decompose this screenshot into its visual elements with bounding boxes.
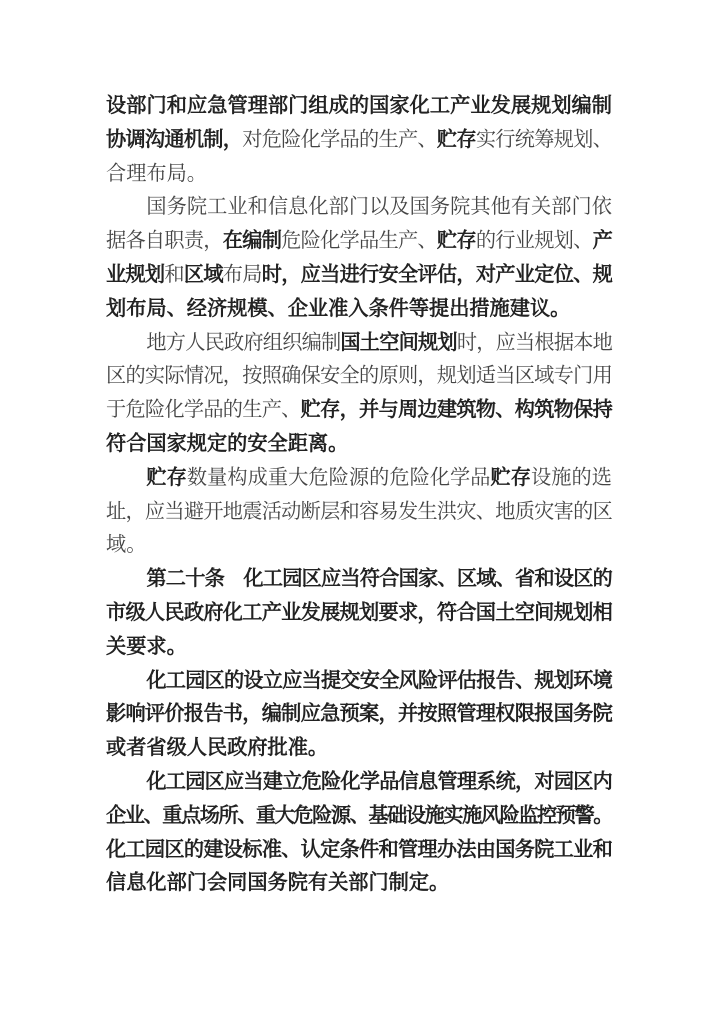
text-run-bold: 信息化部门会同国务院有关部门制定。	[106, 872, 449, 894]
text-run: 于危险化学品的生产、	[106, 399, 301, 421]
text-line: 于危险化学品的生产、贮存，并与周边建筑物、构筑物保持	[106, 394, 612, 428]
text-run: 数量构成重大危险源的危险化学品	[187, 467, 491, 489]
text-run-bold: 业规划	[106, 264, 164, 286]
text-run: 的行业规划、	[476, 230, 593, 252]
text-run: 域。	[106, 534, 146, 556]
text-run: 时，应当根据本地	[457, 332, 612, 354]
text-run-bold: 符合国家规定的安全距离。	[106, 433, 348, 455]
text-run: 设施的选	[531, 467, 612, 489]
text-run: 实行统筹规划、	[476, 129, 612, 151]
text-run-bold: 化工园区的建设标准、认定条件和管理办法由国务院工业和	[106, 839, 612, 861]
text-run-bold: 区域	[184, 264, 223, 286]
text-line: 地方人民政府组织编制国土空间规划时，应当根据本地	[106, 327, 612, 361]
text-run-bold: 市级人民政府化工产业发展规划要求，符合国土空间规划相	[106, 602, 612, 624]
text-run: 址，应当避开地震活动断层和容易发生洪灾、地质灾害的区	[106, 501, 612, 523]
document-page: 设部门和应急管理部门组成的国家化工产业发展规划编制协调沟通机制，对危险化学品的生…	[0, 0, 720, 1018]
text-line: 域。	[106, 529, 612, 563]
text-run-bold: 贮存	[437, 129, 476, 151]
text-run: 和	[164, 264, 183, 286]
text-line: 信息化部门会同国务院有关部门制定。	[106, 867, 612, 901]
text-run-bold: 协调沟通机制，	[106, 129, 242, 151]
text-run: 地方人民政府组织编制	[146, 332, 340, 354]
text-line: 业规划和区域布局时，应当进行安全评估，对产业定位、规	[106, 259, 612, 293]
text-line: 据各自职责，在编制危险化学品生产、贮存的行业规划、产	[106, 225, 612, 259]
text-line: 贮存数量构成重大危险源的危险化学品贮存设施的选	[106, 462, 612, 496]
text-run-bold: 时，应当进行安全评估，对产业定位、规	[262, 264, 612, 286]
text-line: 国务院工业和信息化部门以及国务院其他有关部门依	[106, 191, 612, 225]
text-line: 市级人民政府化工产业发展规划要求，符合国土空间规划相	[106, 597, 612, 631]
text-line: 或者省级人民政府批准。	[106, 732, 612, 766]
text-run-bold: 第二十条 化工园区应当符合国家、区域、省和设区的	[146, 568, 612, 590]
text-line: 企业、重点场所、重大危险源、基础设施实施风险监控预警。	[106, 800, 612, 834]
text-run-bold: 贮存	[491, 467, 532, 489]
text-run-bold: 贮存	[146, 467, 187, 489]
text-run-bold: 影响评价报告书，编制应急预案，并按照管理权限报国务院	[106, 703, 612, 725]
text-line: 划布局、经济规模、企业准入条件等提出措施建议。	[106, 293, 612, 327]
text-run-bold: 企业、重点场所、重大危险源、基础设施实施风险监控预警。	[106, 805, 612, 827]
text-run-bold: 设部门和应急管理部门组成的国家化工产业发展规划编制	[106, 95, 612, 117]
text-run: 合理布局。	[106, 163, 207, 185]
text-run-bold: 划布局、经济规模、企业准入条件等提出措施建议。	[106, 298, 570, 320]
text-run-bold: 关要求。	[106, 636, 187, 658]
text-run-bold: 产	[593, 230, 612, 252]
text-run: 国务院工业和信息化部门以及国务院其他有关部门依	[146, 196, 612, 218]
text-run-bold: 贮存，并与周边建筑物、构筑物保持	[301, 399, 612, 421]
document-text: 设部门和应急管理部门组成的国家化工产业发展规划编制协调沟通机制，对危险化学品的生…	[106, 90, 612, 901]
text-line: 化工园区的设立应当提交安全风险评估报告、规划环境	[106, 665, 612, 699]
text-run-bold: 化工园区的设立应当提交安全风险评估报告、规划环境	[146, 670, 612, 692]
text-line: 合理布局。	[106, 158, 612, 192]
text-run-bold: 在编制	[223, 230, 281, 252]
text-run: 据各自职责，	[106, 230, 223, 252]
text-run-bold: 国土空间规划	[340, 332, 456, 354]
text-line: 第二十条 化工园区应当符合国家、区域、省和设区的	[106, 563, 612, 597]
text-run-bold: 或者省级人民政府批准。	[106, 737, 328, 759]
text-run-bold: 贮存	[437, 230, 476, 252]
text-line: 关要求。	[106, 631, 612, 665]
text-run: 危险化学品生产、	[281, 230, 437, 252]
text-line: 影响评价报告书，编制应急预案，并按照管理权限报国务院	[106, 698, 612, 732]
text-line: 化工园区应当建立危险化学品信息管理系统，对园区内	[106, 766, 612, 800]
text-run: 布局	[223, 264, 262, 286]
text-run-bold: 化工园区应当建立危险化学品信息管理系统，对园区内	[146, 771, 612, 793]
text-line: 协调沟通机制，对危险化学品的生产、贮存实行统筹规划、	[106, 124, 612, 158]
text-run: 区的实际情况，按照确保安全的原则，规划适当区域专门用	[106, 365, 612, 387]
text-line: 址，应当避开地震活动断层和容易发生洪灾、地质灾害的区	[106, 496, 612, 530]
text-line: 化工园区的建设标准、认定条件和管理办法由国务院工业和	[106, 834, 612, 868]
text-run: 对危险化学品的生产、	[242, 129, 437, 151]
text-line: 设部门和应急管理部门组成的国家化工产业发展规划编制	[106, 90, 612, 124]
text-line: 区的实际情况，按照确保安全的原则，规划适当区域专门用	[106, 360, 612, 394]
text-line: 符合国家规定的安全距离。	[106, 428, 612, 462]
